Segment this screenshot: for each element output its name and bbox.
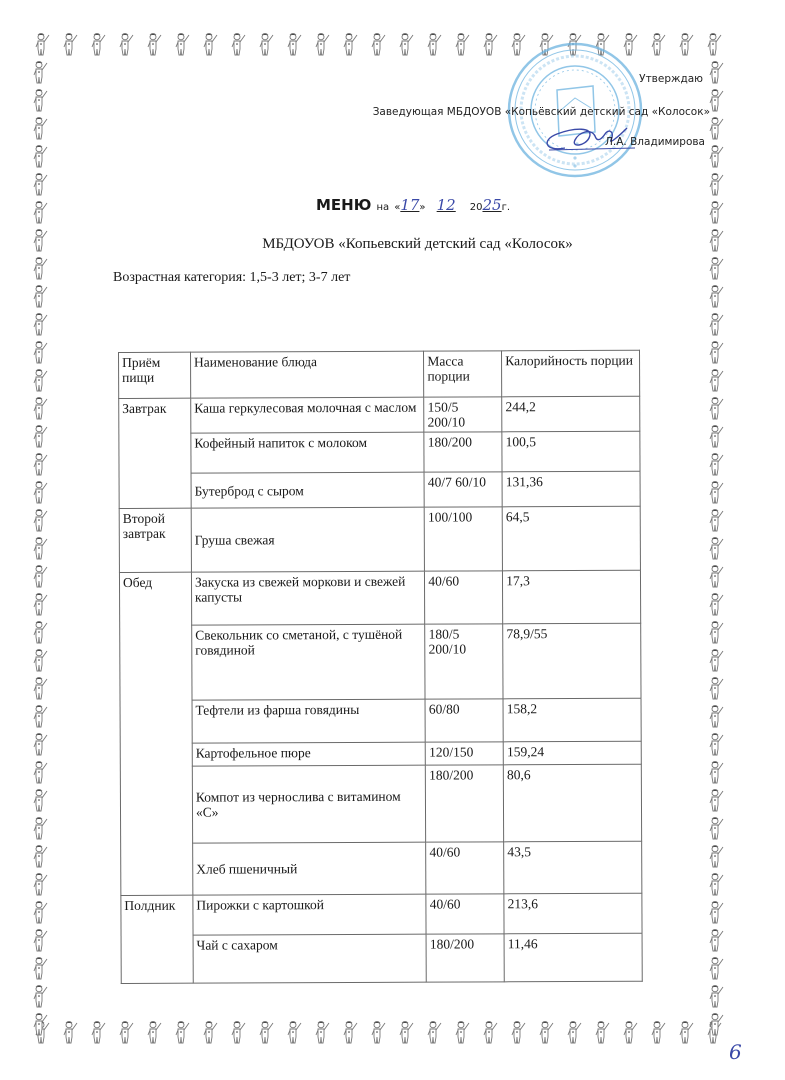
calories-cell: 159,24 bbox=[503, 741, 641, 765]
menu-label: МЕНЮ bbox=[316, 196, 371, 214]
waving-boy-figure-icon bbox=[365, 1018, 393, 1046]
waving-boy-figure-icon bbox=[703, 506, 731, 534]
mass-cell: 40/60 bbox=[426, 894, 504, 934]
waving-boy-figure-icon bbox=[645, 30, 673, 58]
waving-boy-figure-icon bbox=[703, 730, 731, 758]
mass-cell: 40/60 bbox=[426, 842, 504, 894]
mass-cell: 180/200 bbox=[426, 765, 504, 842]
waving-boy-figure-icon bbox=[113, 30, 141, 58]
waving-boy-figure-icon bbox=[703, 450, 731, 478]
waving-boy-figure-icon bbox=[141, 1018, 169, 1046]
calories-cell: 131,36 bbox=[502, 471, 640, 507]
table-row: Картофельное пюре120/150159,24 bbox=[120, 741, 641, 766]
waving-boy-figure-icon bbox=[27, 674, 55, 702]
waving-boy-figure-icon bbox=[27, 170, 55, 198]
waving-boy-figure-icon bbox=[337, 30, 365, 58]
waving-boy-figure-icon bbox=[27, 254, 55, 282]
decorative-border-bottom bbox=[29, 1018, 729, 1046]
table-row: ПолдникПирожки с картошкой40/60213,6 bbox=[121, 893, 642, 935]
organization-name: МБДОУОВ «Копьевский детский сад «Колосок… bbox=[0, 236, 785, 253]
waving-boy-figure-icon bbox=[85, 30, 113, 58]
waving-boy-figure-icon bbox=[27, 338, 55, 366]
menu-table: Приём пищи Наименование блюда Масса порц… bbox=[118, 350, 643, 984]
calories-cell: 78,9/55 bbox=[503, 623, 641, 699]
waving-boy-figure-icon bbox=[27, 534, 55, 562]
waving-boy-figure-icon bbox=[393, 30, 421, 58]
mass-cell: 60/80 bbox=[425, 699, 503, 742]
waving-boy-figure-icon bbox=[703, 646, 731, 674]
waving-boy-figure-icon bbox=[27, 478, 55, 506]
waving-boy-figure-icon bbox=[393, 1018, 421, 1046]
waving-boy-figure-icon bbox=[85, 1018, 113, 1046]
waving-boy-figure-icon bbox=[27, 926, 55, 954]
waving-boy-figure-icon bbox=[703, 562, 731, 590]
on-label: на bbox=[376, 202, 389, 213]
menu-title: МЕНЮ на «17» 122025г. bbox=[316, 195, 510, 214]
mass-cell: 180/5 200/10 bbox=[425, 624, 503, 699]
waving-boy-figure-icon bbox=[703, 142, 731, 170]
waving-boy-figure-icon bbox=[27, 730, 55, 758]
dish-name-cell: Свекольник со сметаной, с тушёной говяди… bbox=[192, 624, 426, 700]
waving-boy-figure-icon bbox=[703, 282, 731, 310]
waving-boy-figure-icon bbox=[27, 562, 55, 590]
waving-boy-figure-icon bbox=[253, 30, 281, 58]
dish-name-cell: Картофельное пюре bbox=[192, 742, 425, 766]
waving-boy-figure-icon bbox=[27, 1010, 55, 1038]
waving-boy-figure-icon bbox=[225, 1018, 253, 1046]
waving-boy-figure-icon bbox=[29, 30, 57, 58]
meal-cell: Полдник bbox=[121, 895, 193, 983]
waving-boy-figure-icon bbox=[27, 870, 55, 898]
signer-name: Л.А. Владимирова bbox=[605, 136, 705, 148]
waving-boy-figure-icon bbox=[673, 30, 701, 58]
waving-boy-figure-icon bbox=[337, 1018, 365, 1046]
waving-boy-figure-icon bbox=[703, 590, 731, 618]
meal-cell: Завтрак bbox=[119, 398, 191, 508]
calories-cell: 158,2 bbox=[503, 698, 641, 742]
waving-boy-figure-icon bbox=[253, 1018, 281, 1046]
waving-boy-figure-icon bbox=[703, 58, 731, 86]
waving-boy-figure-icon bbox=[703, 114, 731, 142]
calories-cell: 43,5 bbox=[504, 841, 642, 894]
date-month: 12 bbox=[431, 196, 470, 214]
waving-boy-figure-icon bbox=[27, 646, 55, 674]
calories-cell: 17,3 bbox=[503, 570, 641, 624]
dish-name-cell: Хлеб пшеничный bbox=[193, 842, 427, 895]
calories-cell: 11,46 bbox=[504, 933, 642, 982]
waving-boy-figure-icon bbox=[27, 142, 55, 170]
waving-boy-figure-icon bbox=[197, 30, 225, 58]
waving-boy-figure-icon bbox=[703, 534, 731, 562]
waving-boy-figure-icon bbox=[703, 870, 731, 898]
mass-cell: 180/200 bbox=[426, 934, 504, 982]
waving-boy-figure-icon bbox=[477, 30, 505, 58]
waving-boy-figure-icon bbox=[561, 1018, 589, 1046]
waving-boy-figure-icon bbox=[281, 30, 309, 58]
table-row: ЗавтракКаша геркулесовая молочная с масл… bbox=[119, 396, 640, 433]
waving-boy-figure-icon bbox=[365, 30, 393, 58]
waving-boy-figure-icon bbox=[169, 1018, 197, 1046]
waving-boy-figure-icon bbox=[703, 814, 731, 842]
waving-boy-figure-icon bbox=[27, 702, 55, 730]
waving-boy-figure-icon bbox=[703, 254, 731, 282]
meal-cell: Второй завтрак bbox=[119, 508, 191, 572]
waving-boy-figure-icon bbox=[449, 1018, 477, 1046]
date-day: 17 bbox=[400, 196, 419, 214]
waving-boy-figure-icon bbox=[281, 1018, 309, 1046]
waving-boy-figure-icon bbox=[703, 478, 731, 506]
mass-cell: 180/200 bbox=[424, 432, 502, 472]
waving-boy-figure-icon bbox=[673, 1018, 701, 1046]
table-row: Второй завтракГруша свежая100/10064,5 bbox=[119, 506, 640, 572]
dish-name-cell: Груша свежая bbox=[191, 507, 425, 572]
header-calories: Калорийность порции bbox=[502, 350, 640, 397]
header-meal: Приём пищи bbox=[119, 352, 191, 398]
waving-boy-figure-icon bbox=[421, 30, 449, 58]
waving-boy-figure-icon bbox=[703, 198, 731, 226]
waving-boy-figure-icon bbox=[703, 954, 731, 982]
calories-cell: 80,6 bbox=[503, 764, 641, 842]
waving-boy-figure-icon bbox=[57, 30, 85, 58]
dish-name-cell: Тефтели из фарша говядины bbox=[192, 699, 426, 743]
waving-boy-figure-icon bbox=[197, 1018, 225, 1046]
waving-boy-figure-icon bbox=[27, 366, 55, 394]
waving-boy-figure-icon bbox=[225, 30, 253, 58]
dish-name-cell: Чай с сахаром bbox=[193, 934, 427, 983]
waving-boy-figure-icon bbox=[703, 422, 731, 450]
waving-boy-figure-icon bbox=[27, 758, 55, 786]
dish-name-cell: Бутерброд с сыром bbox=[191, 472, 425, 508]
table-row: Хлеб пшеничный40/6043,5 bbox=[121, 841, 642, 895]
dish-name-cell: Закуска из свежей моркови и свежей капус… bbox=[191, 571, 425, 625]
waving-boy-figure-icon bbox=[533, 1018, 561, 1046]
dish-name-cell: Компот из чернослива с витамином «С» bbox=[192, 765, 426, 843]
table-row: ОбедЗакуска из свежей моркови и свежей к… bbox=[119, 570, 640, 625]
waving-boy-figure-icon bbox=[27, 58, 55, 86]
waving-boy-figure-icon bbox=[703, 786, 731, 814]
waving-boy-figure-icon bbox=[703, 926, 731, 954]
waving-boy-figure-icon bbox=[27, 198, 55, 226]
waving-boy-figure-icon bbox=[113, 1018, 141, 1046]
table-row: Чай с сахаром180/20011,46 bbox=[121, 933, 642, 983]
waving-boy-figure-icon bbox=[27, 114, 55, 142]
waving-boy-figure-icon bbox=[27, 86, 55, 114]
table-row: Кофейный напиток с молоком180/200100,5 bbox=[119, 431, 640, 473]
waving-boy-figure-icon bbox=[703, 618, 731, 646]
waving-boy-figure-icon bbox=[589, 1018, 617, 1046]
approve-label: Утверждаю bbox=[639, 73, 703, 85]
mass-cell: 40/7 60/10 bbox=[424, 472, 502, 507]
waving-boy-figure-icon bbox=[703, 674, 731, 702]
year-suffix: г. bbox=[502, 202, 510, 213]
dish-name-cell: Кофейный напиток с молоком bbox=[191, 432, 425, 473]
waving-boy-figure-icon bbox=[27, 450, 55, 478]
waving-boy-figure-icon bbox=[703, 394, 731, 422]
waving-boy-figure-icon bbox=[703, 170, 731, 198]
waving-boy-figure-icon bbox=[27, 954, 55, 982]
waving-boy-figure-icon bbox=[57, 1018, 85, 1046]
decorative-border-left bbox=[27, 58, 55, 1038]
table-row: Компот из чернослива с витамином «С»180/… bbox=[120, 764, 641, 843]
header-dish: Наименование блюда bbox=[190, 351, 424, 398]
decorative-border-right bbox=[703, 58, 731, 1038]
dish-name-cell: Пирожки с картошкой bbox=[193, 894, 427, 935]
waving-boy-figure-icon bbox=[27, 394, 55, 422]
waving-boy-figure-icon bbox=[703, 310, 731, 338]
waving-boy-figure-icon bbox=[309, 1018, 337, 1046]
calories-cell: 100,5 bbox=[502, 431, 640, 472]
waving-boy-figure-icon bbox=[703, 842, 731, 870]
waving-boy-figure-icon bbox=[27, 814, 55, 842]
table-header-row: Приём пищи Наименование блюда Масса порц… bbox=[119, 350, 640, 398]
waving-boy-figure-icon bbox=[27, 310, 55, 338]
waving-boy-figure-icon bbox=[141, 30, 169, 58]
mass-cell: 150/5 200/10 bbox=[424, 397, 502, 432]
meal-cell: Обед bbox=[119, 572, 192, 895]
mass-cell: 100/100 bbox=[424, 507, 502, 571]
waving-boy-figure-icon bbox=[27, 282, 55, 310]
header-mass: Масса порции bbox=[424, 351, 502, 397]
calories-cell: 64,5 bbox=[502, 506, 640, 571]
waving-boy-figure-icon bbox=[27, 982, 55, 1010]
table-row: Тефтели из фарша говядины60/80158,2 bbox=[120, 698, 641, 743]
waving-boy-figure-icon bbox=[477, 1018, 505, 1046]
table-row: Бутерброд с сыром40/7 60/10131,36 bbox=[119, 471, 640, 508]
waving-boy-figure-icon bbox=[645, 1018, 673, 1046]
waving-boy-figure-icon bbox=[703, 898, 731, 926]
waving-boy-figure-icon bbox=[701, 30, 729, 58]
mass-cell: 120/150 bbox=[426, 742, 504, 765]
table-row: Свекольник со сметаной, с тушёной говяди… bbox=[120, 623, 641, 700]
waving-boy-figure-icon bbox=[27, 422, 55, 450]
approver-position: Заведующая МБДОУОВ «Копьёвский детский с… bbox=[373, 106, 710, 118]
age-category: Возрастная категория: 1,5-3 лет; 3-7 лет bbox=[113, 270, 350, 286]
dish-name-cell: Каша геркулесовая молочная с маслом bbox=[191, 397, 425, 433]
calories-cell: 213,6 bbox=[504, 893, 642, 934]
waving-boy-figure-icon bbox=[703, 982, 731, 1010]
waving-boy-figure-icon bbox=[27, 618, 55, 646]
waving-boy-figure-icon bbox=[617, 1018, 645, 1046]
waving-boy-figure-icon bbox=[27, 898, 55, 926]
waving-boy-figure-icon bbox=[703, 1010, 731, 1038]
waving-boy-figure-icon bbox=[421, 1018, 449, 1046]
waving-boy-figure-icon bbox=[703, 702, 731, 730]
waving-boy-figure-icon bbox=[27, 506, 55, 534]
waving-boy-figure-icon bbox=[505, 1018, 533, 1046]
waving-boy-figure-icon bbox=[703, 338, 731, 366]
waving-boy-figure-icon bbox=[27, 842, 55, 870]
waving-boy-figure-icon bbox=[703, 758, 731, 786]
year-prefix: 20 bbox=[470, 202, 483, 213]
waving-boy-figure-icon bbox=[27, 590, 55, 618]
waving-boy-figure-icon bbox=[27, 786, 55, 814]
waving-boy-figure-icon bbox=[703, 366, 731, 394]
calories-cell: 244,2 bbox=[502, 396, 640, 432]
mass-cell: 40/60 bbox=[425, 571, 503, 624]
date-year: 25 bbox=[482, 196, 501, 214]
waving-boy-figure-icon bbox=[309, 30, 337, 58]
waving-boy-figure-icon bbox=[449, 30, 477, 58]
waving-boy-figure-icon bbox=[169, 30, 197, 58]
handwritten-page-number: 6 bbox=[729, 1040, 742, 1064]
